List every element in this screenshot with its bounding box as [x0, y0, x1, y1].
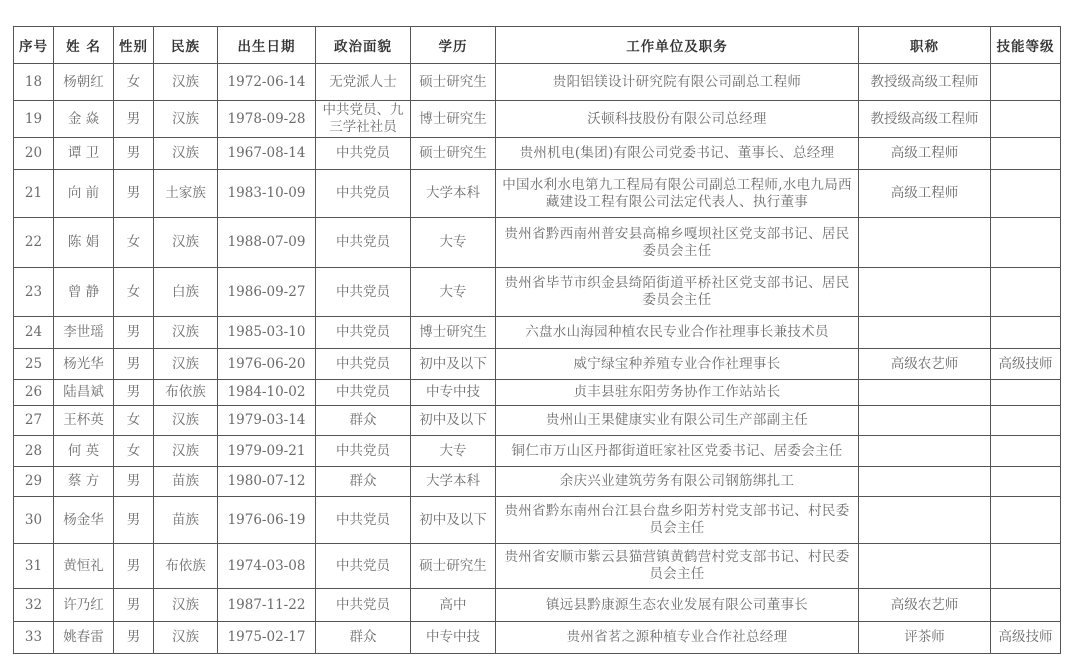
cell-gender: 男: [114, 101, 154, 138]
cell-professional-title: [859, 544, 991, 589]
cell-gender: 男: [114, 380, 154, 406]
cell-professional-title: 高级工程师: [859, 138, 991, 170]
cell-professional-title: [859, 406, 991, 436]
cell-education: 初中及以下: [411, 406, 496, 436]
cell-gender: 女: [114, 406, 154, 436]
cell-education: 硕士研究生: [411, 64, 496, 101]
cell-political-status: 中共党员: [316, 268, 411, 317]
table-row: 32许乃红男汉族1987-11-22中共党员高中镇远县黔康源生态农业发展有限公司…: [14, 589, 1061, 622]
cell-education: 大学本科: [411, 170, 496, 218]
cell-professional-title: [859, 380, 991, 406]
cell-gender: 女: [114, 436, 154, 467]
cell-no: 19: [14, 101, 54, 138]
table-row: 19金 焱男汉族1978-09-28中共党员、九三学社社员博士研究生沃顿科技股份…: [14, 101, 1061, 138]
cell-no: 27: [14, 406, 54, 436]
cell-no: 33: [14, 622, 54, 654]
cell-name: 金 焱: [54, 101, 114, 138]
cell-professional-title: [859, 436, 991, 467]
cell-ethnicity: 汉族: [154, 317, 218, 349]
cell-no: 30: [14, 497, 54, 544]
cell-organization: 沃顿科技股份有限公司总经理: [496, 101, 859, 138]
cell-skill-level: [991, 467, 1061, 497]
header-skill-level: 技能等级: [991, 27, 1061, 64]
cell-ethnicity: 土家族: [154, 170, 218, 218]
roster-table: 序号 姓 名 性别 民族 出生日期 政治面貌 学历 工作单位及职务 职称 技能等…: [13, 26, 1061, 654]
cell-political-status: 无党派人士: [316, 64, 411, 101]
cell-organization: 贵州省安顺市紫云县猫营镇黄鹤营村党支部书记、村民委员会主任: [496, 544, 859, 589]
cell-name: 黄恒礼: [54, 544, 114, 589]
cell-gender: 男: [114, 544, 154, 589]
header-row: 序号 姓 名 性别 民族 出生日期 政治面貌 学历 工作单位及职务 职称 技能等…: [14, 27, 1061, 64]
cell-skill-level: [991, 101, 1061, 138]
cell-name: 杨光华: [54, 349, 114, 380]
cell-birth-date: 1978-09-28: [218, 101, 316, 138]
cell-education: 硕士研究生: [411, 544, 496, 589]
cell-birth-date: 1983-10-09: [218, 170, 316, 218]
cell-political-status: 中共党员、九三学社社员: [316, 101, 411, 138]
cell-organization: 贵州省黔东南州台江县台盘乡阳芳村党支部书记、村民委员会主任: [496, 497, 859, 544]
cell-organization: 威宁绿宝种养殖专业合作社理事长: [496, 349, 859, 380]
cell-political-status: 中共党员: [316, 436, 411, 467]
cell-political-status: 中共党员: [316, 317, 411, 349]
cell-organization: 六盘水山海园种植农民专业合作社理事长兼技术员: [496, 317, 859, 349]
cell-education: 初中及以下: [411, 497, 496, 544]
cell-gender: 女: [114, 64, 154, 101]
table-row: 20谭 卫男汉族1967-08-14中共党员硕士研究生贵州机电(集团)有限公司党…: [14, 138, 1061, 170]
cell-education: 大学本科: [411, 467, 496, 497]
cell-ethnicity: 汉族: [154, 138, 218, 170]
cell-professional-title: [859, 467, 991, 497]
cell-skill-level: 高级技师: [991, 349, 1061, 380]
table-row: 26陆昌斌男布依族1984-10-02中共党员中专中技贞丰县驻东阳劳务协作工作站…: [14, 380, 1061, 406]
cell-skill-level: [991, 138, 1061, 170]
cell-ethnicity: 汉族: [154, 349, 218, 380]
cell-no: 23: [14, 268, 54, 317]
cell-no: 24: [14, 317, 54, 349]
cell-ethnicity: 汉族: [154, 218, 218, 268]
cell-professional-title: 高级农艺师: [859, 349, 991, 380]
cell-gender: 男: [114, 467, 154, 497]
cell-name: 何 英: [54, 436, 114, 467]
cell-no: 22: [14, 218, 54, 268]
cell-name: 陈 娟: [54, 218, 114, 268]
cell-professional-title: [859, 317, 991, 349]
cell-no: 21: [14, 170, 54, 218]
cell-name: 曾 静: [54, 268, 114, 317]
cell-skill-level: [991, 380, 1061, 406]
cell-name: 向 前: [54, 170, 114, 218]
cell-political-status: 群众: [316, 622, 411, 654]
cell-name: 蔡 方: [54, 467, 114, 497]
cell-political-status: 中共党员: [316, 589, 411, 622]
cell-skill-level: [991, 406, 1061, 436]
cell-political-status: 中共党员: [316, 380, 411, 406]
cell-birth-date: 1972-06-14: [218, 64, 316, 101]
cell-professional-title: [859, 497, 991, 544]
cell-organization: 贵州山王果健康实业有限公司生产部副主任: [496, 406, 859, 436]
cell-birth-date: 1987-11-22: [218, 589, 316, 622]
cell-birth-date: 1985-03-10: [218, 317, 316, 349]
cell-education: 大专: [411, 268, 496, 317]
cell-political-status: 中共党员: [316, 349, 411, 380]
table-row: 21向 前男土家族1983-10-09中共党员大学本科中国水利水电第九工程局有限…: [14, 170, 1061, 218]
cell-gender: 男: [114, 138, 154, 170]
cell-gender: 男: [114, 170, 154, 218]
table-row: 30杨金华男苗族1976-06-19中共党员初中及以下贵州省黔东南州台江县台盘乡…: [14, 497, 1061, 544]
cell-skill-level: [991, 497, 1061, 544]
cell-professional-title: [859, 218, 991, 268]
header-ethnicity: 民族: [154, 27, 218, 64]
table-row: 27王杯英女汉族1979-03-14群众初中及以下贵州山王果健康实业有限公司生产…: [14, 406, 1061, 436]
cell-skill-level: [991, 589, 1061, 622]
header-no: 序号: [14, 27, 54, 64]
cell-skill-level: 高级技师: [991, 622, 1061, 654]
cell-political-status: 中共党员: [316, 138, 411, 170]
header-political-status: 政治面貌: [316, 27, 411, 64]
cell-skill-level: [991, 544, 1061, 589]
cell-organization: 贵州省黔西南州普安县高棉乡嘎坝社区党支部书记、居民委员会主任: [496, 218, 859, 268]
cell-gender: 男: [114, 589, 154, 622]
cell-professional-title: 高级农艺师: [859, 589, 991, 622]
cell-education: 大专: [411, 436, 496, 467]
table-row: 22陈 娟女汉族1988-07-09中共党员大专贵州省黔西南州普安县高棉乡嘎坝社…: [14, 218, 1061, 268]
cell-ethnicity: 白族: [154, 268, 218, 317]
cell-no: 20: [14, 138, 54, 170]
cell-organization: 余庆兴业建筑劳务有限公司钢筋绑扎工: [496, 467, 859, 497]
cell-birth-date: 1980-07-12: [218, 467, 316, 497]
cell-skill-level: [991, 170, 1061, 218]
cell-organization: 贵州省茗之源种植专业合作社总经理: [496, 622, 859, 654]
cell-ethnicity: 布依族: [154, 380, 218, 406]
cell-education: 初中及以下: [411, 349, 496, 380]
cell-birth-date: 1986-09-27: [218, 268, 316, 317]
table-row: 33姚春雷男汉族1975-02-17群众中专中技贵州省茗之源种植专业合作社总经理…: [14, 622, 1061, 654]
cell-political-status: 中共党员: [316, 544, 411, 589]
cell-education: 硕士研究生: [411, 138, 496, 170]
cell-birth-date: 1979-09-21: [218, 436, 316, 467]
cell-gender: 男: [114, 622, 154, 654]
cell-birth-date: 1974-03-08: [218, 544, 316, 589]
cell-organization: 贵阳铝镁设计研究院有限公司副总工程师: [496, 64, 859, 101]
cell-no: 31: [14, 544, 54, 589]
header-name: 姓 名: [54, 27, 114, 64]
cell-organization: 贵州省毕节市织金县绮陌街道平桥社区党支部书记、居民委员会主任: [496, 268, 859, 317]
cell-gender: 女: [114, 268, 154, 317]
cell-name: 姚春雷: [54, 622, 114, 654]
cell-gender: 女: [114, 218, 154, 268]
table-row: 18杨朝红女汉族1972-06-14无党派人士硕士研究生贵阳铝镁设计研究院有限公…: [14, 64, 1061, 101]
cell-gender: 男: [114, 349, 154, 380]
cell-no: 18: [14, 64, 54, 101]
table-row: 28何 英女汉族1979-09-21中共党员大专铜仁市万山区丹都街道旺家社区党委…: [14, 436, 1061, 467]
cell-political-status: 群众: [316, 406, 411, 436]
cell-name: 王杯英: [54, 406, 114, 436]
cell-ethnicity: 苗族: [154, 467, 218, 497]
cell-ethnicity: 汉族: [154, 406, 218, 436]
cell-ethnicity: 汉族: [154, 589, 218, 622]
cell-education: 中专中技: [411, 380, 496, 406]
cell-organization: 贵州机电(集团)有限公司党委书记、董事长、总经理: [496, 138, 859, 170]
cell-name: 杨朝红: [54, 64, 114, 101]
cell-birth-date: 1979-03-14: [218, 406, 316, 436]
cell-no: 32: [14, 589, 54, 622]
header-gender: 性别: [114, 27, 154, 64]
cell-professional-title: 高级工程师: [859, 170, 991, 218]
cell-name: 许乃红: [54, 589, 114, 622]
cell-birth-date: 1976-06-19: [218, 497, 316, 544]
table-row: 25杨光华男汉族1976-06-20中共党员初中及以下威宁绿宝种养殖专业合作社理…: [14, 349, 1061, 380]
cell-no: 29: [14, 467, 54, 497]
table-row: 29蔡 方男苗族1980-07-12群众大学本科余庆兴业建筑劳务有限公司钢筋绑扎…: [14, 467, 1061, 497]
cell-political-status: 群众: [316, 467, 411, 497]
header-birth-date: 出生日期: [218, 27, 316, 64]
cell-birth-date: 1975-02-17: [218, 622, 316, 654]
cell-gender: 男: [114, 317, 154, 349]
cell-birth-date: 1976-06-20: [218, 349, 316, 380]
cell-skill-level: [991, 268, 1061, 317]
cell-birth-date: 1984-10-02: [218, 380, 316, 406]
cell-professional-title: 教授级高级工程师: [859, 64, 991, 101]
cell-professional-title: [859, 268, 991, 317]
cell-birth-date: 1967-08-14: [218, 138, 316, 170]
cell-gender: 男: [114, 497, 154, 544]
cell-no: 25: [14, 349, 54, 380]
header-professional-title: 职称: [859, 27, 991, 64]
cell-education: 博士研究生: [411, 317, 496, 349]
cell-professional-title: 评茶师: [859, 622, 991, 654]
cell-ethnicity: 布依族: [154, 544, 218, 589]
cell-organization: 铜仁市万山区丹都街道旺家社区党委书记、居委会主任: [496, 436, 859, 467]
cell-education: 大专: [411, 218, 496, 268]
header-education: 学历: [411, 27, 496, 64]
cell-name: 李世瑶: [54, 317, 114, 349]
cell-organization: 贞丰县驻东阳劳务协作工作站站长: [496, 380, 859, 406]
cell-political-status: 中共党员: [316, 218, 411, 268]
cell-organization: 镇远县黔康源生态农业发展有限公司董事长: [496, 589, 859, 622]
cell-education: 中专中技: [411, 622, 496, 654]
cell-no: 26: [14, 380, 54, 406]
cell-ethnicity: 汉族: [154, 622, 218, 654]
cell-political-status: 中共党员: [316, 497, 411, 544]
cell-skill-level: [991, 64, 1061, 101]
cell-name: 陆昌斌: [54, 380, 114, 406]
cell-education: 博士研究生: [411, 101, 496, 138]
cell-name: 杨金华: [54, 497, 114, 544]
cell-skill-level: [991, 317, 1061, 349]
cell-ethnicity: 苗族: [154, 497, 218, 544]
cell-name: 谭 卫: [54, 138, 114, 170]
cell-skill-level: [991, 218, 1061, 268]
table-row: 31黄恒礼男布依族1974-03-08中共党员硕士研究生贵州省安顺市紫云县猫营镇…: [14, 544, 1061, 589]
cell-organization: 中国水利水电第九工程局有限公司副总工程师,水电九局西藏建设工程有限公司法定代表人…: [496, 170, 859, 218]
cell-political-status: 中共党员: [316, 170, 411, 218]
cell-ethnicity: 汉族: [154, 436, 218, 467]
header-organization: 工作单位及职务: [496, 27, 859, 64]
cell-ethnicity: 汉族: [154, 64, 218, 101]
table-row: 23曾 静女白族1986-09-27中共党员大专贵州省毕节市织金县绮陌街道平桥社…: [14, 268, 1061, 317]
cell-education: 高中: [411, 589, 496, 622]
cell-birth-date: 1988-07-09: [218, 218, 316, 268]
table-row: 24李世瑶男汉族1985-03-10中共党员博士研究生六盘水山海园种植农民专业合…: [14, 317, 1061, 349]
cell-professional-title: 教授级高级工程师: [859, 101, 991, 138]
cell-skill-level: [991, 436, 1061, 467]
cell-ethnicity: 汉族: [154, 101, 218, 138]
cell-no: 28: [14, 436, 54, 467]
